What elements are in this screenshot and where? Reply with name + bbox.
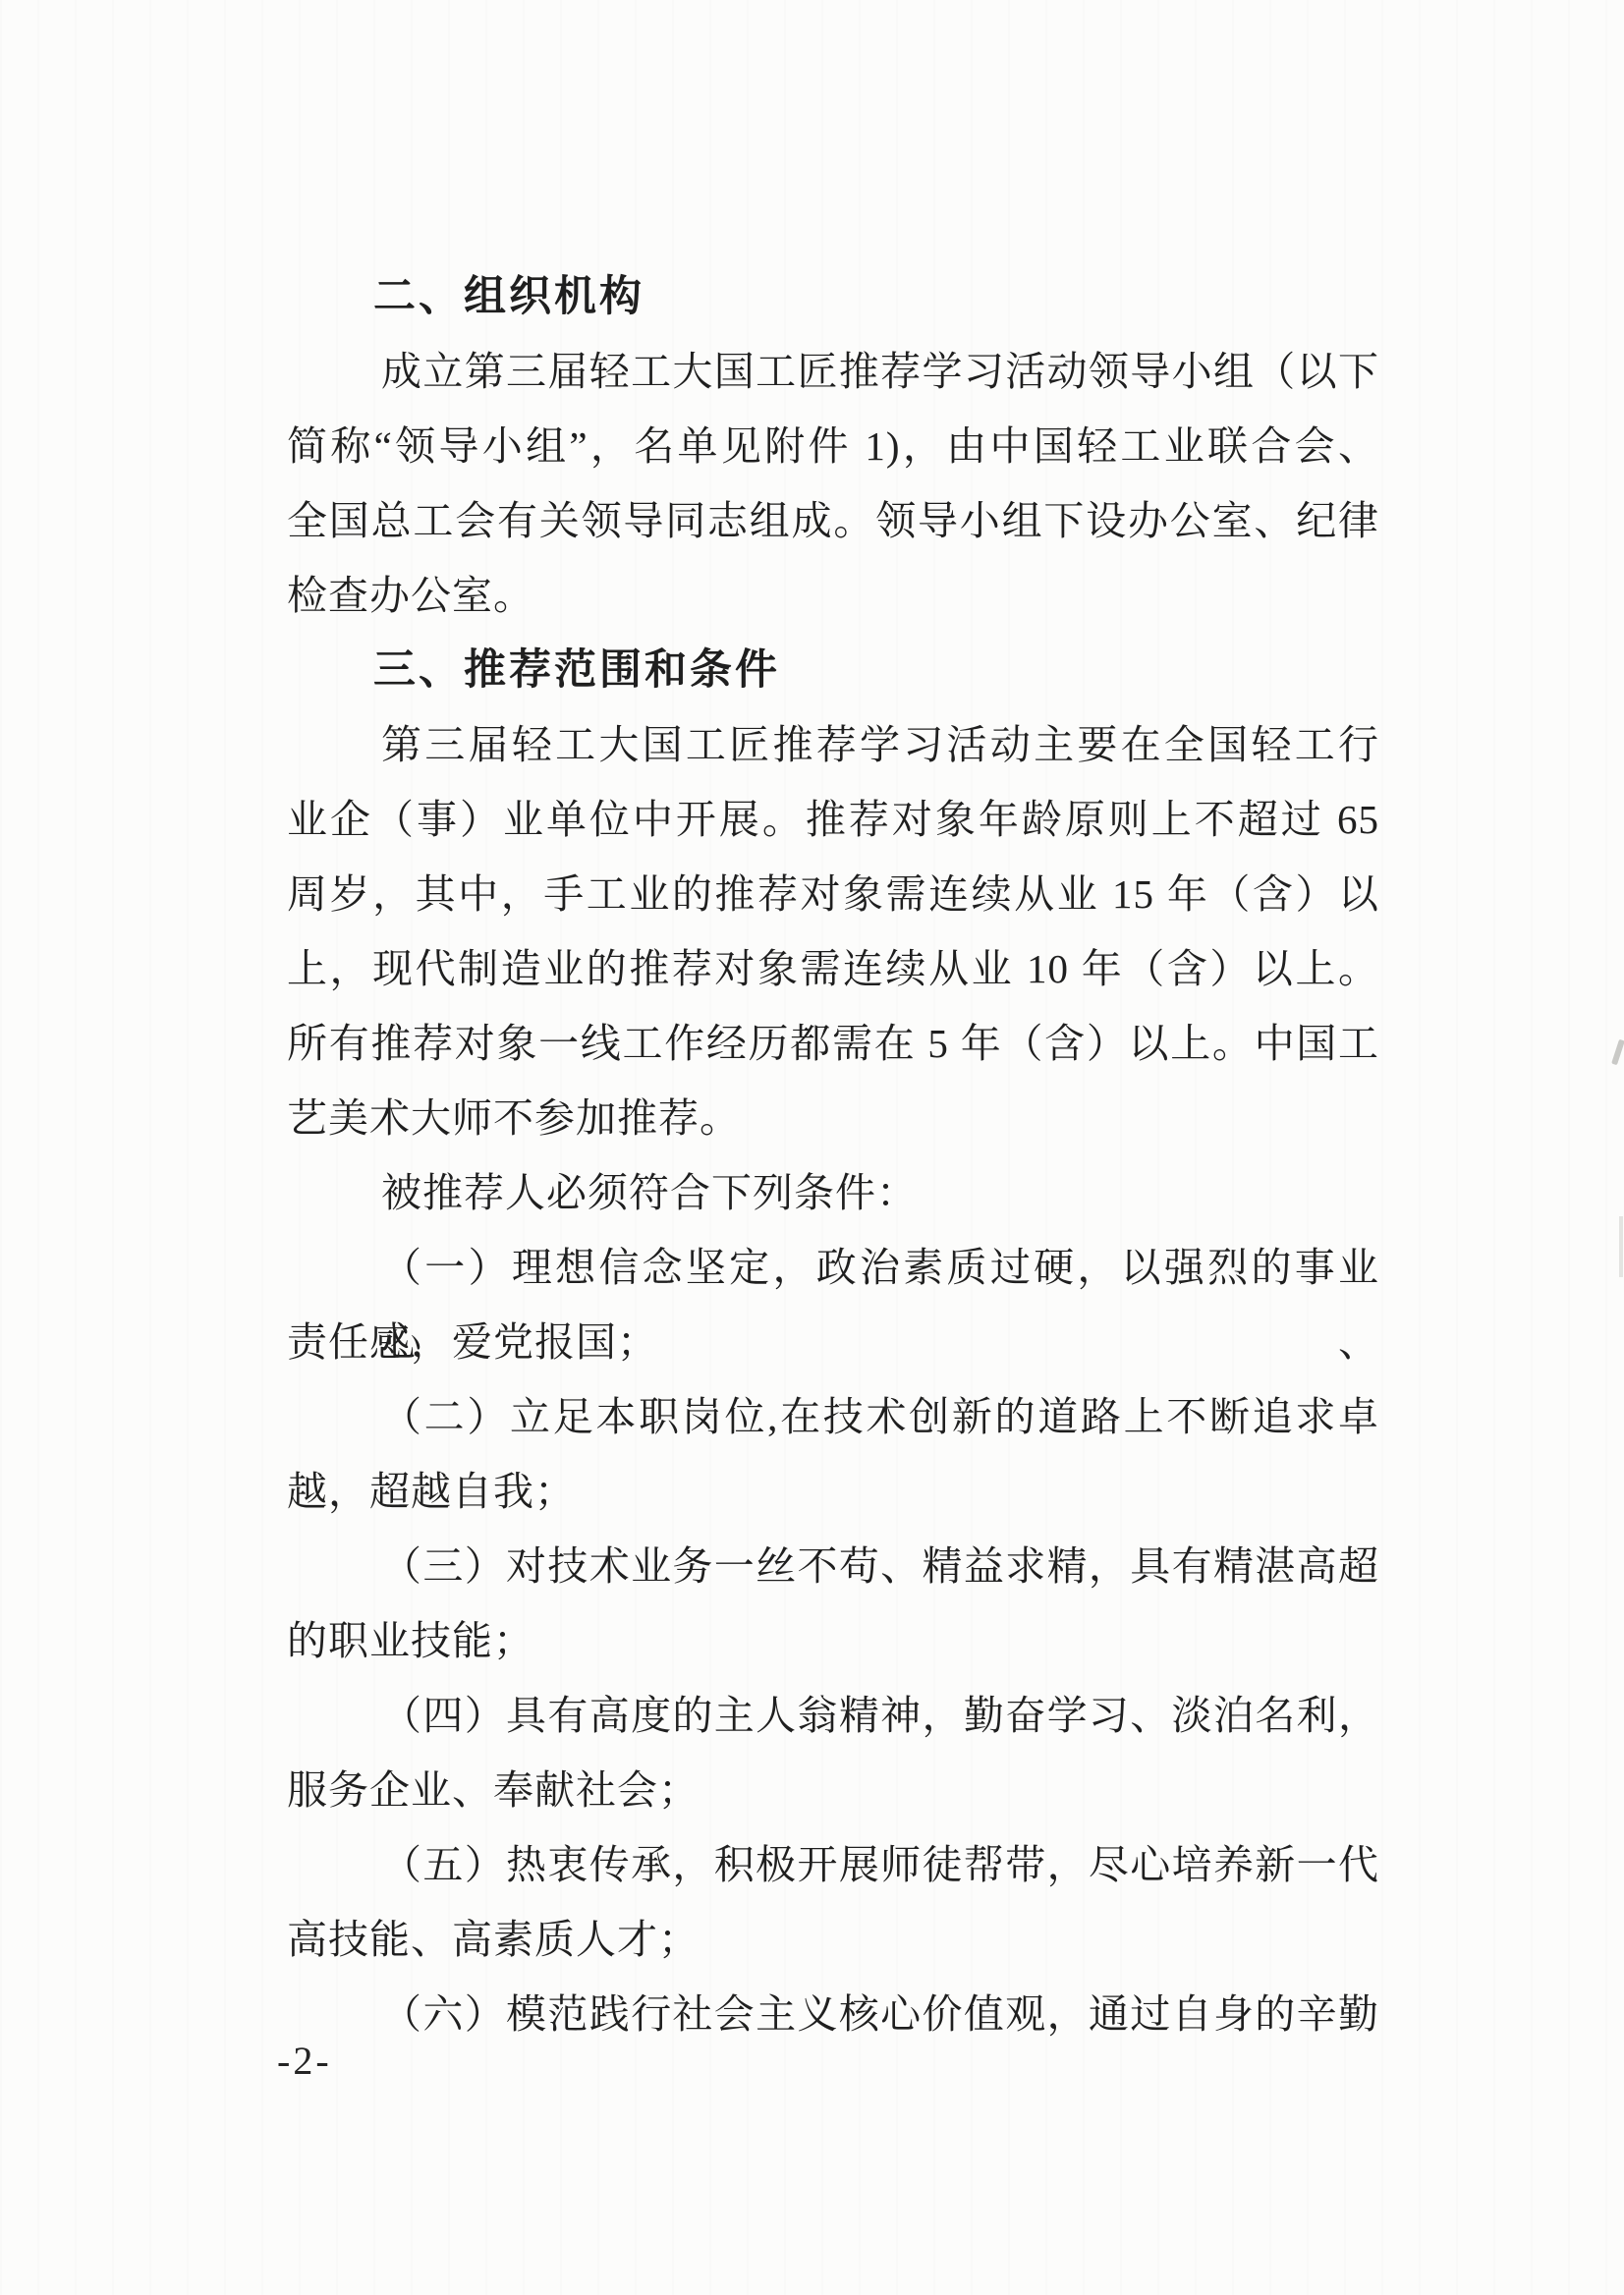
heading-section-two: 二、组织机构 <box>287 259 1379 334</box>
doc-line: 上，现代制造业的推荐对象需连续从业 10 年（含）以上。 <box>287 931 1379 1006</box>
doc-line: 被推荐人必须符合下列条件： <box>287 1155 1379 1230</box>
doc-line: 服务企业、奉献社会； <box>287 1753 1379 1827</box>
doc-line: 越，超越自我； <box>287 1454 1379 1529</box>
scan-artifact <box>1611 1039 1624 1066</box>
scan-artifact <box>1619 1216 1623 1277</box>
doc-line: 全国总工会有关领导同志组成。领导小组下设办公室、纪律 <box>287 483 1379 558</box>
doc-line: 周岁，其中，手工业的推荐对象需连续从业 15 年（含）以 <box>287 857 1379 931</box>
doc-line: 第三届轻工大国工匠推荐学习活动主要在全国轻工行 <box>287 707 1379 782</box>
doc-line: 所有推荐对象一线工作经历都需在 5 年（含）以上。中国工 <box>287 1006 1379 1081</box>
doc-line: 高技能、高素质人才； <box>287 1902 1379 1977</box>
doc-line: （三）对技术业务一丝不苟、精益求精，具有精湛高超 <box>287 1529 1379 1603</box>
doc-line: 业企（事）业单位中开展。推荐对象年龄原则上不超过 65 <box>287 782 1379 857</box>
doc-line: （一）理想信念坚定，政治素质过硬，以强烈的事业心、 <box>287 1230 1379 1305</box>
heading-section-three: 三、推荐范围和条件 <box>287 633 1379 707</box>
document-text-block: 二、组织机构 成立第三届轻工大国工匠推荐学习活动领导小组（以下 简称“领导小组”… <box>287 259 1379 2051</box>
doc-line: （二）立足本职岗位,在技术创新的道路上不断追求卓 <box>287 1379 1379 1454</box>
doc-line: （四）具有高度的主人翁精神，勤奋学习、淡泊名利， <box>287 1678 1379 1753</box>
doc-line: 成立第三届轻工大国工匠推荐学习活动领导小组（以下 <box>287 334 1379 409</box>
doc-line: 简称“领导小组”，名单见附件 1)，由中国轻工业联合会、 <box>287 409 1379 483</box>
doc-line: 检查办公室。 <box>287 558 1379 633</box>
doc-line: （六）模范践行社会主义核心价值观，通过自身的辛勤 <box>287 1977 1379 2051</box>
page-number: -2- <box>277 2036 332 2087</box>
scanned-document-page: 二、组织机构 成立第三届轻工大国工匠推荐学习活动领导小组（以下 简称“领导小组”… <box>0 0 1624 2295</box>
doc-line: 艺美术大师不参加推荐。 <box>287 1081 1379 1155</box>
doc-line: （五）热衷传承，积极开展师徒帮带，尽心培养新一代 <box>287 1827 1379 1902</box>
doc-line: 的职业技能； <box>287 1603 1379 1678</box>
